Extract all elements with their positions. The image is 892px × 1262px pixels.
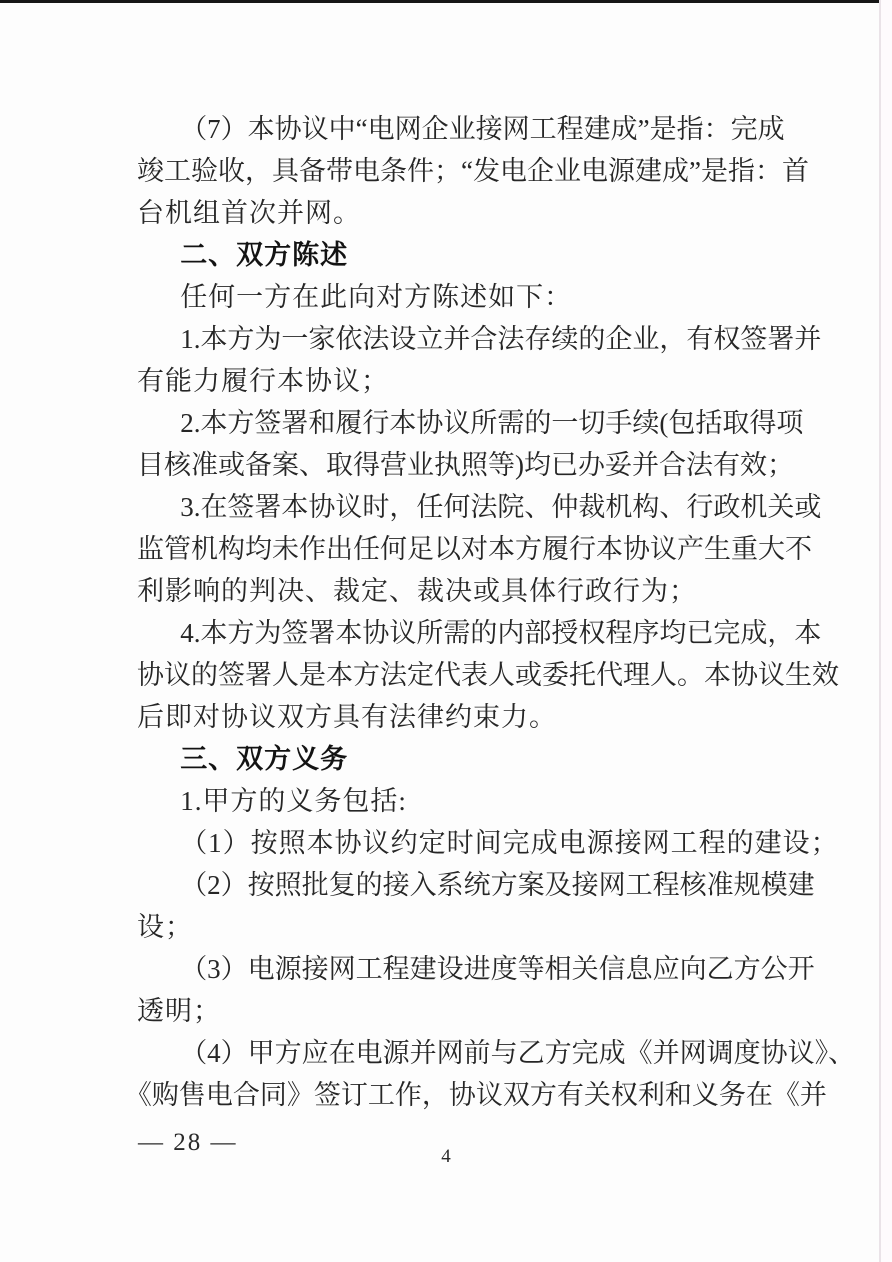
text-line: 4.本方为签署本协议所需的内部授权程序均已完成，本: [137, 612, 754, 654]
heading-line: 二、双方陈述: [137, 234, 754, 276]
section-heading: 三、双方义务: [137, 738, 754, 780]
text-line: 后即对协议双方具有法律约束力。: [137, 696, 754, 738]
text-line: 《购售电合同》签订工作，协议双方有关权利和义务在《并: [137, 1074, 754, 1116]
paragraph: 2.本方签署和履行本协议所需的一切手续(包括取得项 目核准或备案、取得营业执照等…: [137, 402, 754, 486]
text-line: 目核准或备案、取得营业执照等)均已办妥并合法有效；: [137, 444, 754, 486]
document-body: （7）本协议中“电网企业接网工程建成”是指：完成 竣工验收，具备带电条件；“发电…: [137, 108, 754, 1116]
paragraph: （1）按照本协议约定时间完成电源接网工程的建设；: [137, 822, 754, 864]
paragraph: 1.甲方的义务包括:: [137, 780, 754, 822]
text-line: 协议的签署人是本方法定代表人或委托代理人。本协议生效: [137, 654, 754, 696]
page-number: 4: [0, 1146, 892, 1168]
text-line: 利影响的判决、裁定、裁决或具体行政行为；: [137, 570, 754, 612]
text-line: （3）电源接网工程建设进度等相关信息应向乙方公开: [137, 948, 754, 990]
document-page: { "page": { "number": "4", "doc_page_lab…: [0, 0, 892, 1262]
text-line: 1.甲方的义务包括:: [137, 780, 754, 822]
text-line: 透明；: [137, 990, 754, 1032]
paragraph: 3.在签署本协议时，任何法院、仲裁机构、行政机关或 监管机构均未作出任何足以对本…: [137, 486, 754, 612]
paragraph: 任何一方在此向对方陈述如下：: [137, 276, 754, 318]
paragraph: 1.本方为一家依法设立并合法存续的企业，有权签署并 有能力履行本协议；: [137, 318, 754, 402]
scan-top-edge: [0, 0, 879, 3]
heading-line: 三、双方义务: [137, 738, 754, 780]
text-line: 有能力履行本协议；: [137, 360, 754, 402]
paragraph: （7）本协议中“电网企业接网工程建成”是指：完成 竣工验收，具备带电条件；“发电…: [137, 108, 754, 234]
text-line: 任何一方在此向对方陈述如下：: [137, 276, 754, 318]
text-line: 设；: [137, 906, 754, 948]
text-line: （1）按照本协议约定时间完成电源接网工程的建设；: [137, 822, 754, 864]
text-line: 2.本方签署和履行本协议所需的一切手续(包括取得项: [137, 402, 754, 444]
text-line: 3.在签署本协议时，任何法院、仲裁机构、行政机关或: [137, 486, 754, 528]
text-line: 1.本方为一家依法设立并合法存续的企业，有权签署并: [137, 318, 754, 360]
paragraph: （3）电源接网工程建设进度等相关信息应向乙方公开 透明；: [137, 948, 754, 1032]
text-line: 竣工验收，具备带电条件；“发电企业电源建成”是指：首: [137, 150, 754, 192]
section-heading: 二、双方陈述: [137, 234, 754, 276]
scan-right-tint: [881, 0, 892, 1262]
paragraph: 4.本方为签署本协议所需的内部授权程序均已完成，本 协议的签署人是本方法定代表人…: [137, 612, 754, 738]
text-line: （2）按照批复的接入系统方案及接网工程核准规模建: [137, 864, 754, 906]
paragraph: （2）按照批复的接入系统方案及接网工程核准规模建 设；: [137, 864, 754, 948]
text-line: 监管机构均未作出任何足以对本方履行本协议产生重大不: [137, 528, 754, 570]
text-line: （7）本协议中“电网企业接网工程建成”是指：完成: [137, 108, 754, 150]
text-line: 台机组首次并网。: [137, 192, 754, 234]
text-line: （4）甲方应在电源并网前与乙方完成《并网调度协议》、: [137, 1032, 754, 1074]
scan-edge-line: [879, 0, 881, 1262]
paragraph: （4）甲方应在电源并网前与乙方完成《并网调度协议》、 《购售电合同》签订工作，协…: [137, 1032, 754, 1116]
